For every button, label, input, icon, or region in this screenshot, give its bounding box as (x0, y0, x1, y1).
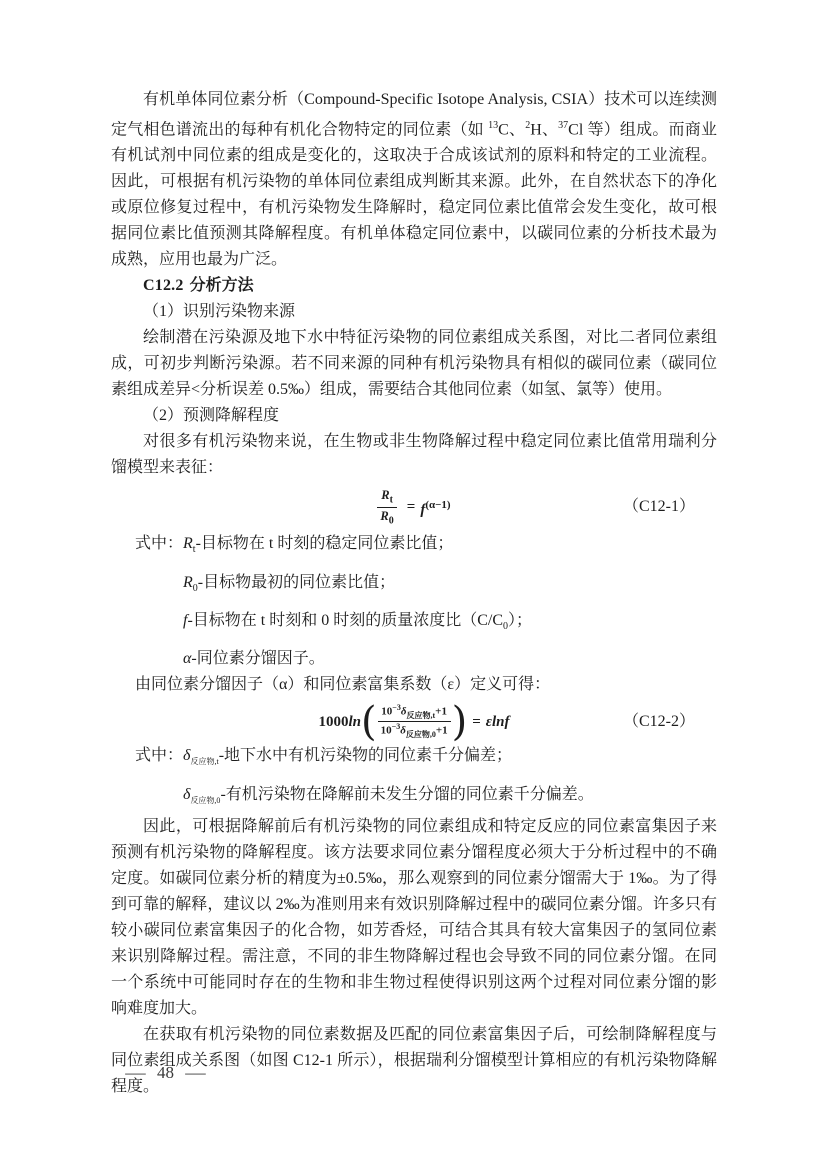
sub-reactant-t: 反应物,t (190, 758, 218, 767)
var-R: R (183, 574, 193, 591)
section-number: C12.2 (143, 277, 184, 294)
definition-alpha-text: -同位素分馏因子。 (191, 650, 324, 667)
equation-c12-1: Rt R0 = f(α−1) （C12-1） (111, 487, 717, 527)
sub-reactant-0: 反应物,0 (406, 730, 436, 739)
exponent-minus-3: −3 (392, 722, 401, 731)
var-R: R (381, 488, 389, 502)
number-1000: 1000 (319, 714, 349, 730)
paragraph-derive-epsilon: 由同位素分馏因子（α）和同位素富集系数（ε）定义可得： (111, 672, 717, 698)
definition-f-text-2: ）； (508, 612, 532, 629)
definition-delta-t-text: -地下水中有机污染物的同位素千分偏差； (219, 747, 512, 764)
equation-c12-1-body: Rt R0 = f(α−1) (377, 487, 450, 527)
definition-delta-0: δ反应物,0-有机污染物在降解前未发生分馏的同位素千分偏差。 (111, 782, 717, 814)
page-content: 有机单体同位素分析（Compound-Specific Isotope Anal… (111, 87, 717, 1100)
footer-dash-right: — (185, 1063, 205, 1083)
fraction-denominator: R0 (377, 508, 396, 528)
exponent-alpha-minus-1: (α−1) (425, 499, 450, 511)
section-heading: C12.2分析方法 (111, 273, 717, 299)
var-R: R (380, 509, 388, 523)
equation-label-c12-1: （C12-1） (623, 494, 695, 520)
close-paren: ) (452, 704, 468, 740)
list-item-identify-source: （1）识别污染物来源 (111, 299, 717, 325)
definition-rt: 式中：Rt-目标物在 t 时刻的稳定同位素比值； (111, 531, 717, 563)
equals-sign: = (472, 709, 481, 735)
open-paren: ( (361, 704, 377, 740)
definition-delta-t: 式中：δ反应物,t-地下水中有机污染物的同位素千分偏差； (111, 743, 717, 775)
intro-text-2: C、 (498, 121, 525, 138)
where-prefix: 式中： (135, 747, 183, 764)
definition-delta-0-text: -有机污染物在降解前未发生分馏的同位素千分偏差。 (220, 786, 593, 803)
paragraph-therefore-prediction: 因此，可根据降解前后有机污染物的同位素组成和特定反应的同位素富集因子来预测有机污… (111, 814, 717, 1022)
equation-label-c12-2: （C12-2） (623, 709, 695, 735)
var-R: R (183, 535, 193, 552)
definition-r0: R0-目标物最初的同位素比值； (111, 570, 717, 602)
paragraph-csia-intro: 有机单体同位素分析（Compound-Specific Isotope Anal… (111, 87, 717, 273)
fraction-numerator: 10−3δ反应物,t+1 (378, 703, 451, 722)
rhs-f-power: f(α−1) (420, 492, 450, 523)
fn-ln: ln (349, 714, 362, 730)
fraction-delta-ratio: 10−3δ反应物,t+1 10−3δ反应物,0+1 (378, 703, 451, 740)
number-10: 10 (381, 706, 392, 718)
section-title: 分析方法 (190, 277, 254, 294)
list-item-predict-degradation: （2）预测降解程度 (111, 403, 717, 429)
fraction-denominator: 10−3δ反应物,0+1 (378, 722, 451, 740)
definition-r0-text: -目标物最初的同位素比值； (198, 574, 395, 591)
document-page: 有机单体同位素分析（Compound-Specific Isotope Anal… (0, 0, 826, 1169)
rhs-epsilon-lnf: εlnf (486, 709, 510, 735)
definition-f-text: -目标物在 t 时刻和 0 时刻的质量浓度比（C/C (187, 612, 503, 629)
paragraph-figure-reference: 在获取有机污染物的同位素数据及匹配的同位素富集因子后，可绘制降解程度与同位素组成… (111, 1022, 717, 1100)
plus-one: +1 (436, 725, 448, 737)
exponent-minus-3: −3 (392, 703, 401, 712)
page-footer: — 48 — (127, 1063, 204, 1083)
definition-f: f-目标物在 t 时刻和 0 时刻的质量浓度比（C/C0）； (111, 608, 717, 640)
paragraph-rayleigh-model: 对很多有机污染物来说，在生物或非生物降解过程中稳定同位素比值常用瑞利分馏模型来表… (111, 429, 717, 481)
definition-rt-text: -目标物在 t 时刻的稳定同位素比值； (196, 535, 454, 552)
equation-c12-2: 1000ln ( 10−3δ反应物,t+1 10−3δ反应物,0+1 ) = ε… (111, 703, 717, 740)
definition-alpha: α-同位素分馏因子。 (111, 646, 717, 672)
intro-text-4: Cl 等）组成。而商业有机试剂中同位素的组成是变化的，这取决于合成该试剂的原料和… (111, 121, 717, 268)
intro-text-3: H、 (530, 121, 558, 138)
sub-reactant-t: 反应物,t (407, 711, 436, 720)
plus-one: +1 (435, 706, 447, 718)
sub-0: 0 (389, 515, 394, 526)
equation-c12-2-body: 1000ln ( 10−3δ反应物,t+1 10−3δ反应物,0+1 ) = ε… (319, 703, 510, 740)
equals-sign: = (407, 494, 416, 520)
isotope-superscript-13: 13 (488, 120, 498, 131)
paragraph-source-identification: 绘制潜在污染源及地下水中特征污染物的同位素组成关系图，对比二者同位素组成，可初步… (111, 325, 717, 403)
fraction-numerator: Rt (377, 487, 396, 508)
isotope-superscript-37: 37 (558, 120, 568, 131)
sub-t: t (390, 495, 393, 506)
coefficient-1000ln: 1000ln (319, 709, 362, 735)
fraction-rt-r0: Rt R0 (377, 487, 396, 527)
sub-reactant-0: 反应物,0 (190, 796, 220, 805)
footer-dash-left: — (125, 1063, 145, 1083)
where-prefix: 式中： (135, 535, 183, 552)
number-10: 10 (381, 725, 392, 737)
page-number: 48 (157, 1063, 174, 1083)
